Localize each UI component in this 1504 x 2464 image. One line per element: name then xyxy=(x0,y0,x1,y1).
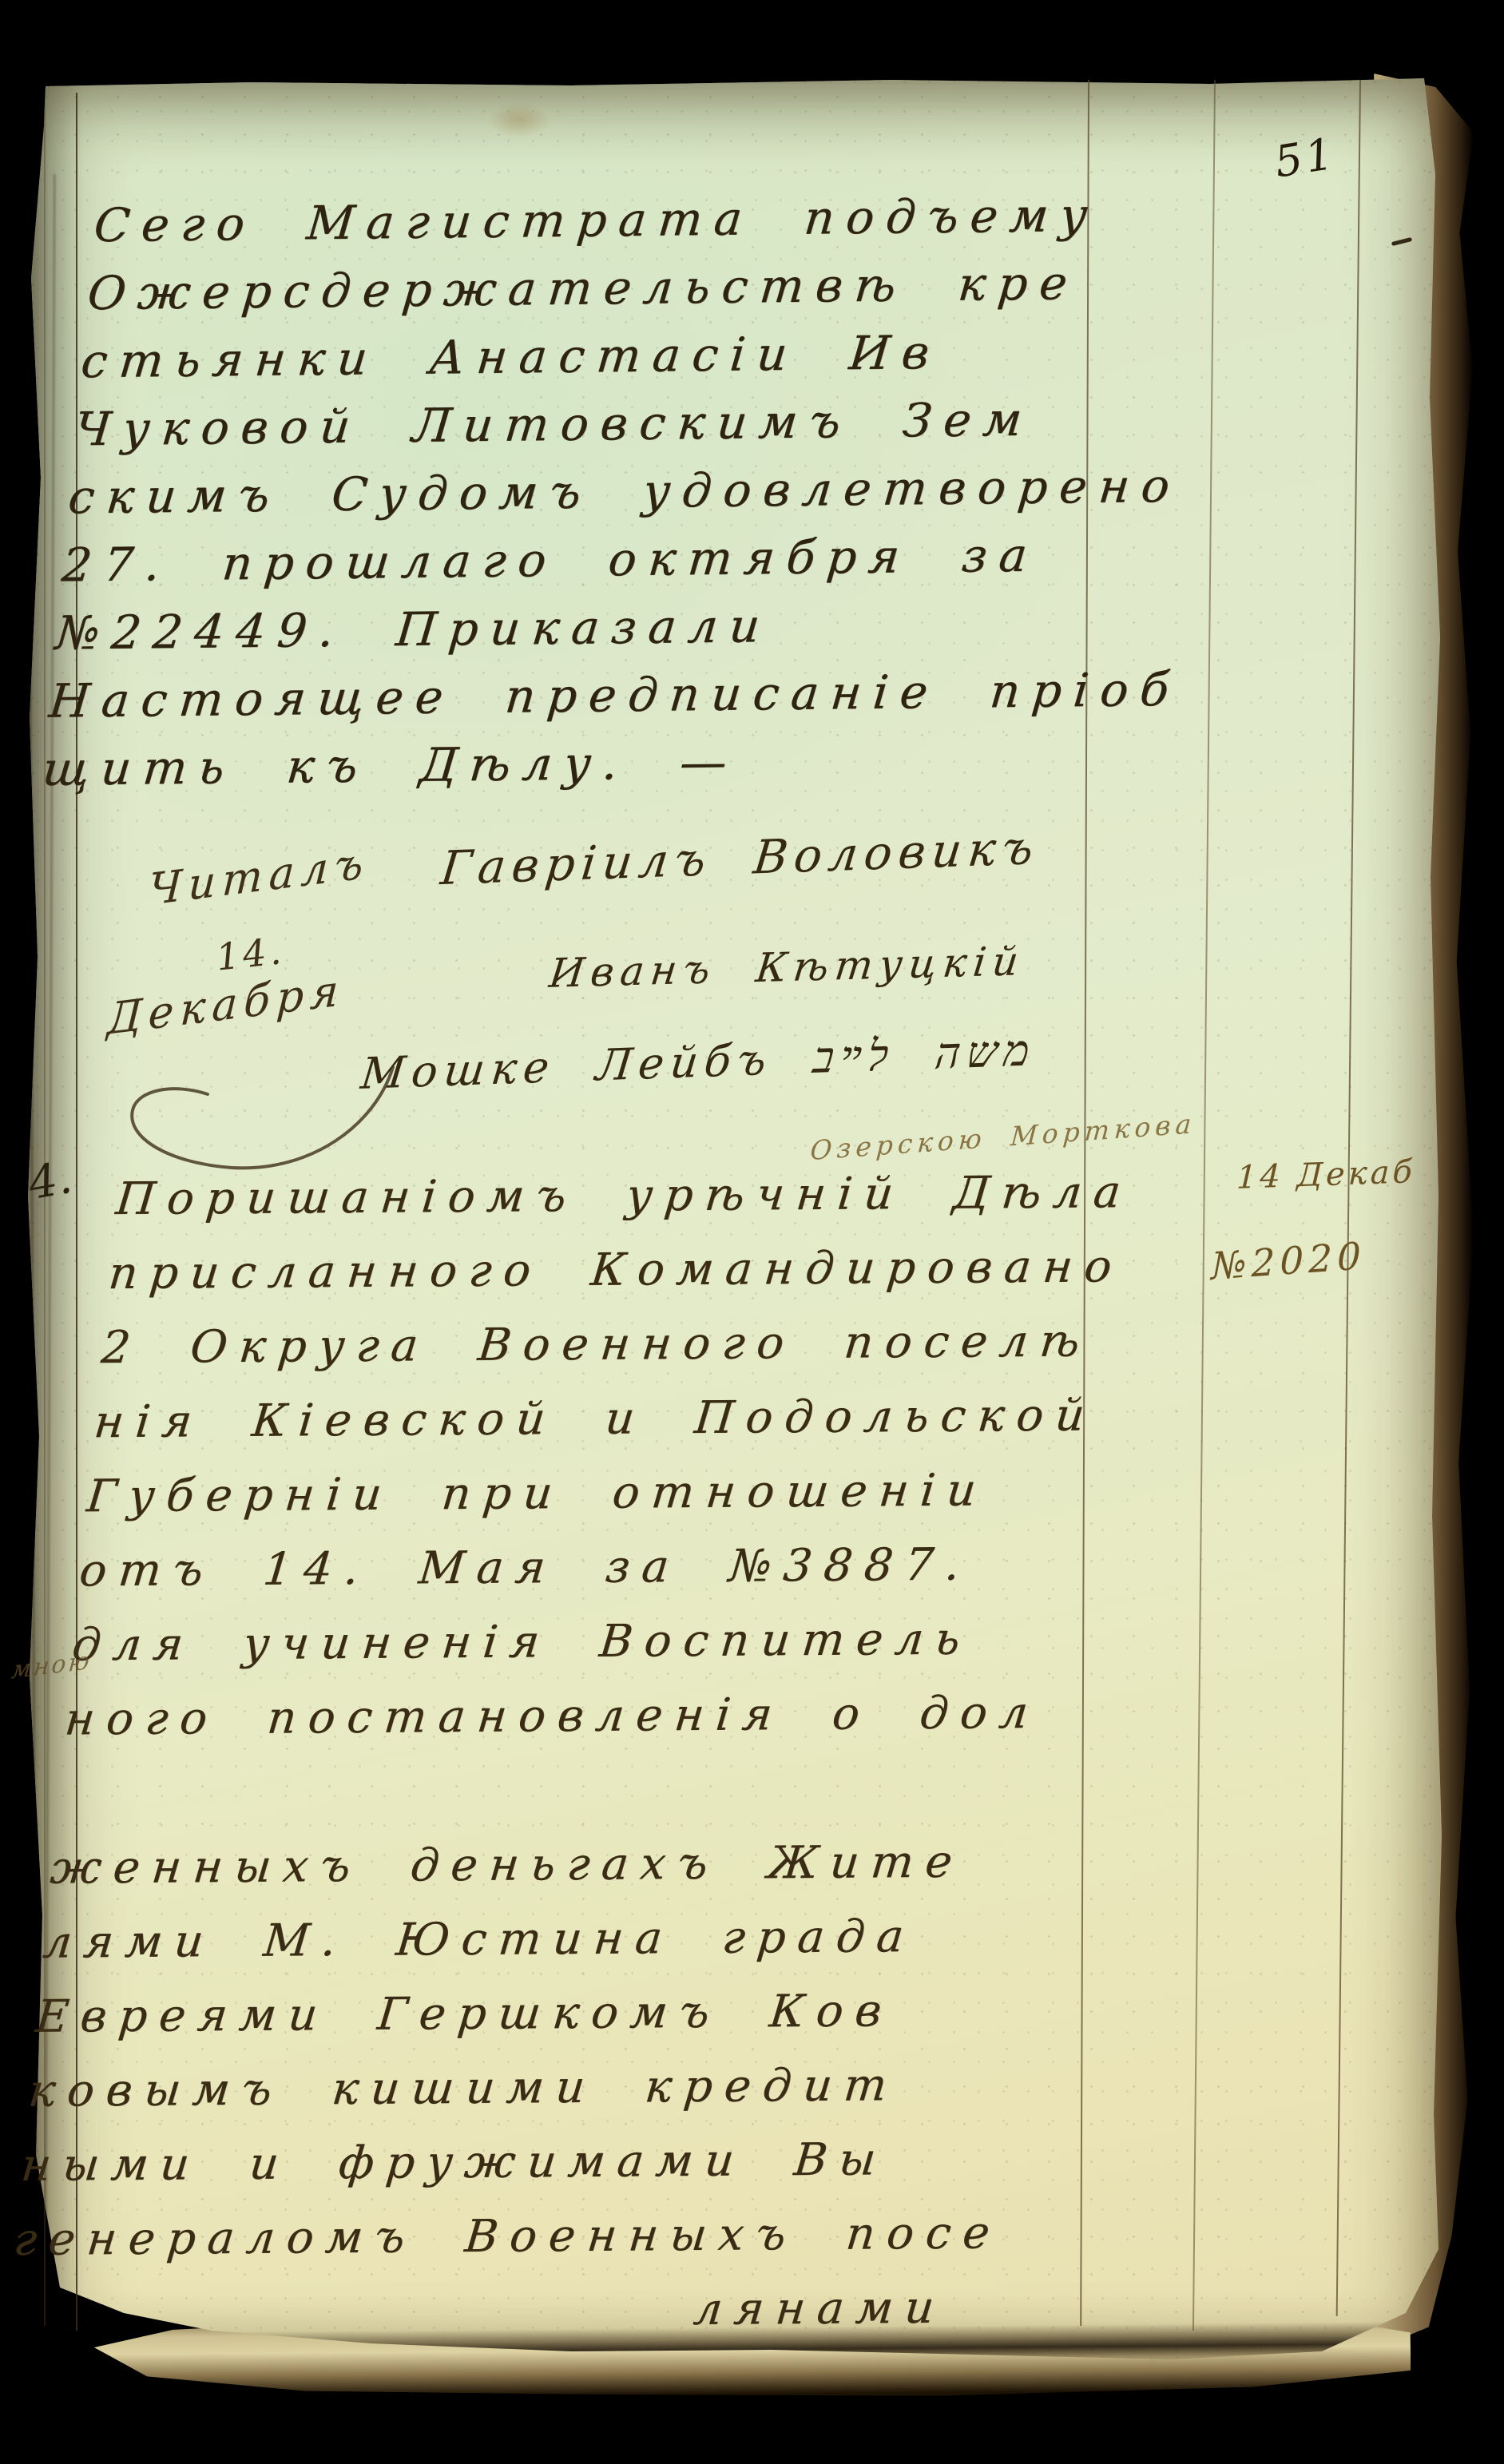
entry-1-body: Сего Магистрата подъему Ожерсдержательст… xyxy=(40,180,1229,803)
text-line: стьянки Анастасіи Ив xyxy=(78,315,1216,395)
text-line: нія Кіевской и Подольской xyxy=(90,1378,1113,1459)
entry-2-body: Поришаніомъ урѣчній Дѣла присланного Ком… xyxy=(3,1155,1136,2351)
text-line: женныхъ деньгахъ Жите xyxy=(47,1824,1070,1906)
text-line: Сего Магистрата подъему xyxy=(91,180,1228,260)
text-line: Губерніи при отношеніи xyxy=(83,1452,1106,1534)
text-line: Евреями Гершкомъ Ков xyxy=(32,1973,1055,2054)
text-line: присланного Командировано xyxy=(105,1229,1129,1311)
text-line: генераломъ Военныхъ посе xyxy=(10,2196,1034,2277)
text-line: Настоящее предписаніе пріоб xyxy=(46,656,1184,736)
text-line: отъ 14. Мая за №3887. xyxy=(76,1526,1099,1608)
text-line: ного постановленія о дол xyxy=(62,1676,1085,1757)
text-line: ковымъ кишими кредит xyxy=(25,2047,1048,2129)
gutter-streak xyxy=(14,118,24,2307)
text-line: для учиненія Воспитель xyxy=(69,1601,1092,1683)
entry-number: 4. xyxy=(25,1152,76,1210)
text-line: щить къ Дѣлу. — xyxy=(40,724,1177,803)
text-line: №22449. Приказали xyxy=(53,588,1190,668)
text-line: 27. прошлаго октября за xyxy=(59,520,1196,600)
text-line: ными и фружимами Вы xyxy=(18,2121,1041,2203)
margin-date-note: 14 Декаб xyxy=(1236,1153,1415,1196)
text-line xyxy=(54,1750,1077,1831)
text-line: Чуковой Литовскимъ Зем xyxy=(72,383,1209,463)
text-line: скимъ Судомъ удовлетворено xyxy=(65,452,1203,532)
text-line: 2 Округа Военного поселѣ xyxy=(98,1303,1121,1385)
manuscript-scan: 51 Сего Магистрата подъему Ожерсдержател… xyxy=(0,0,1504,2464)
text-line: лями М. Юстина града xyxy=(40,1899,1063,1980)
text-line: Поришаніомъ урѣчній Дѣла xyxy=(113,1155,1136,1236)
text-line: лянами xyxy=(690,2270,1026,2347)
read-margin-note-day: 14. xyxy=(214,929,286,979)
page-number: 51 xyxy=(1272,128,1340,187)
text-line: Ожерсдержательствѣ кре xyxy=(85,248,1222,327)
